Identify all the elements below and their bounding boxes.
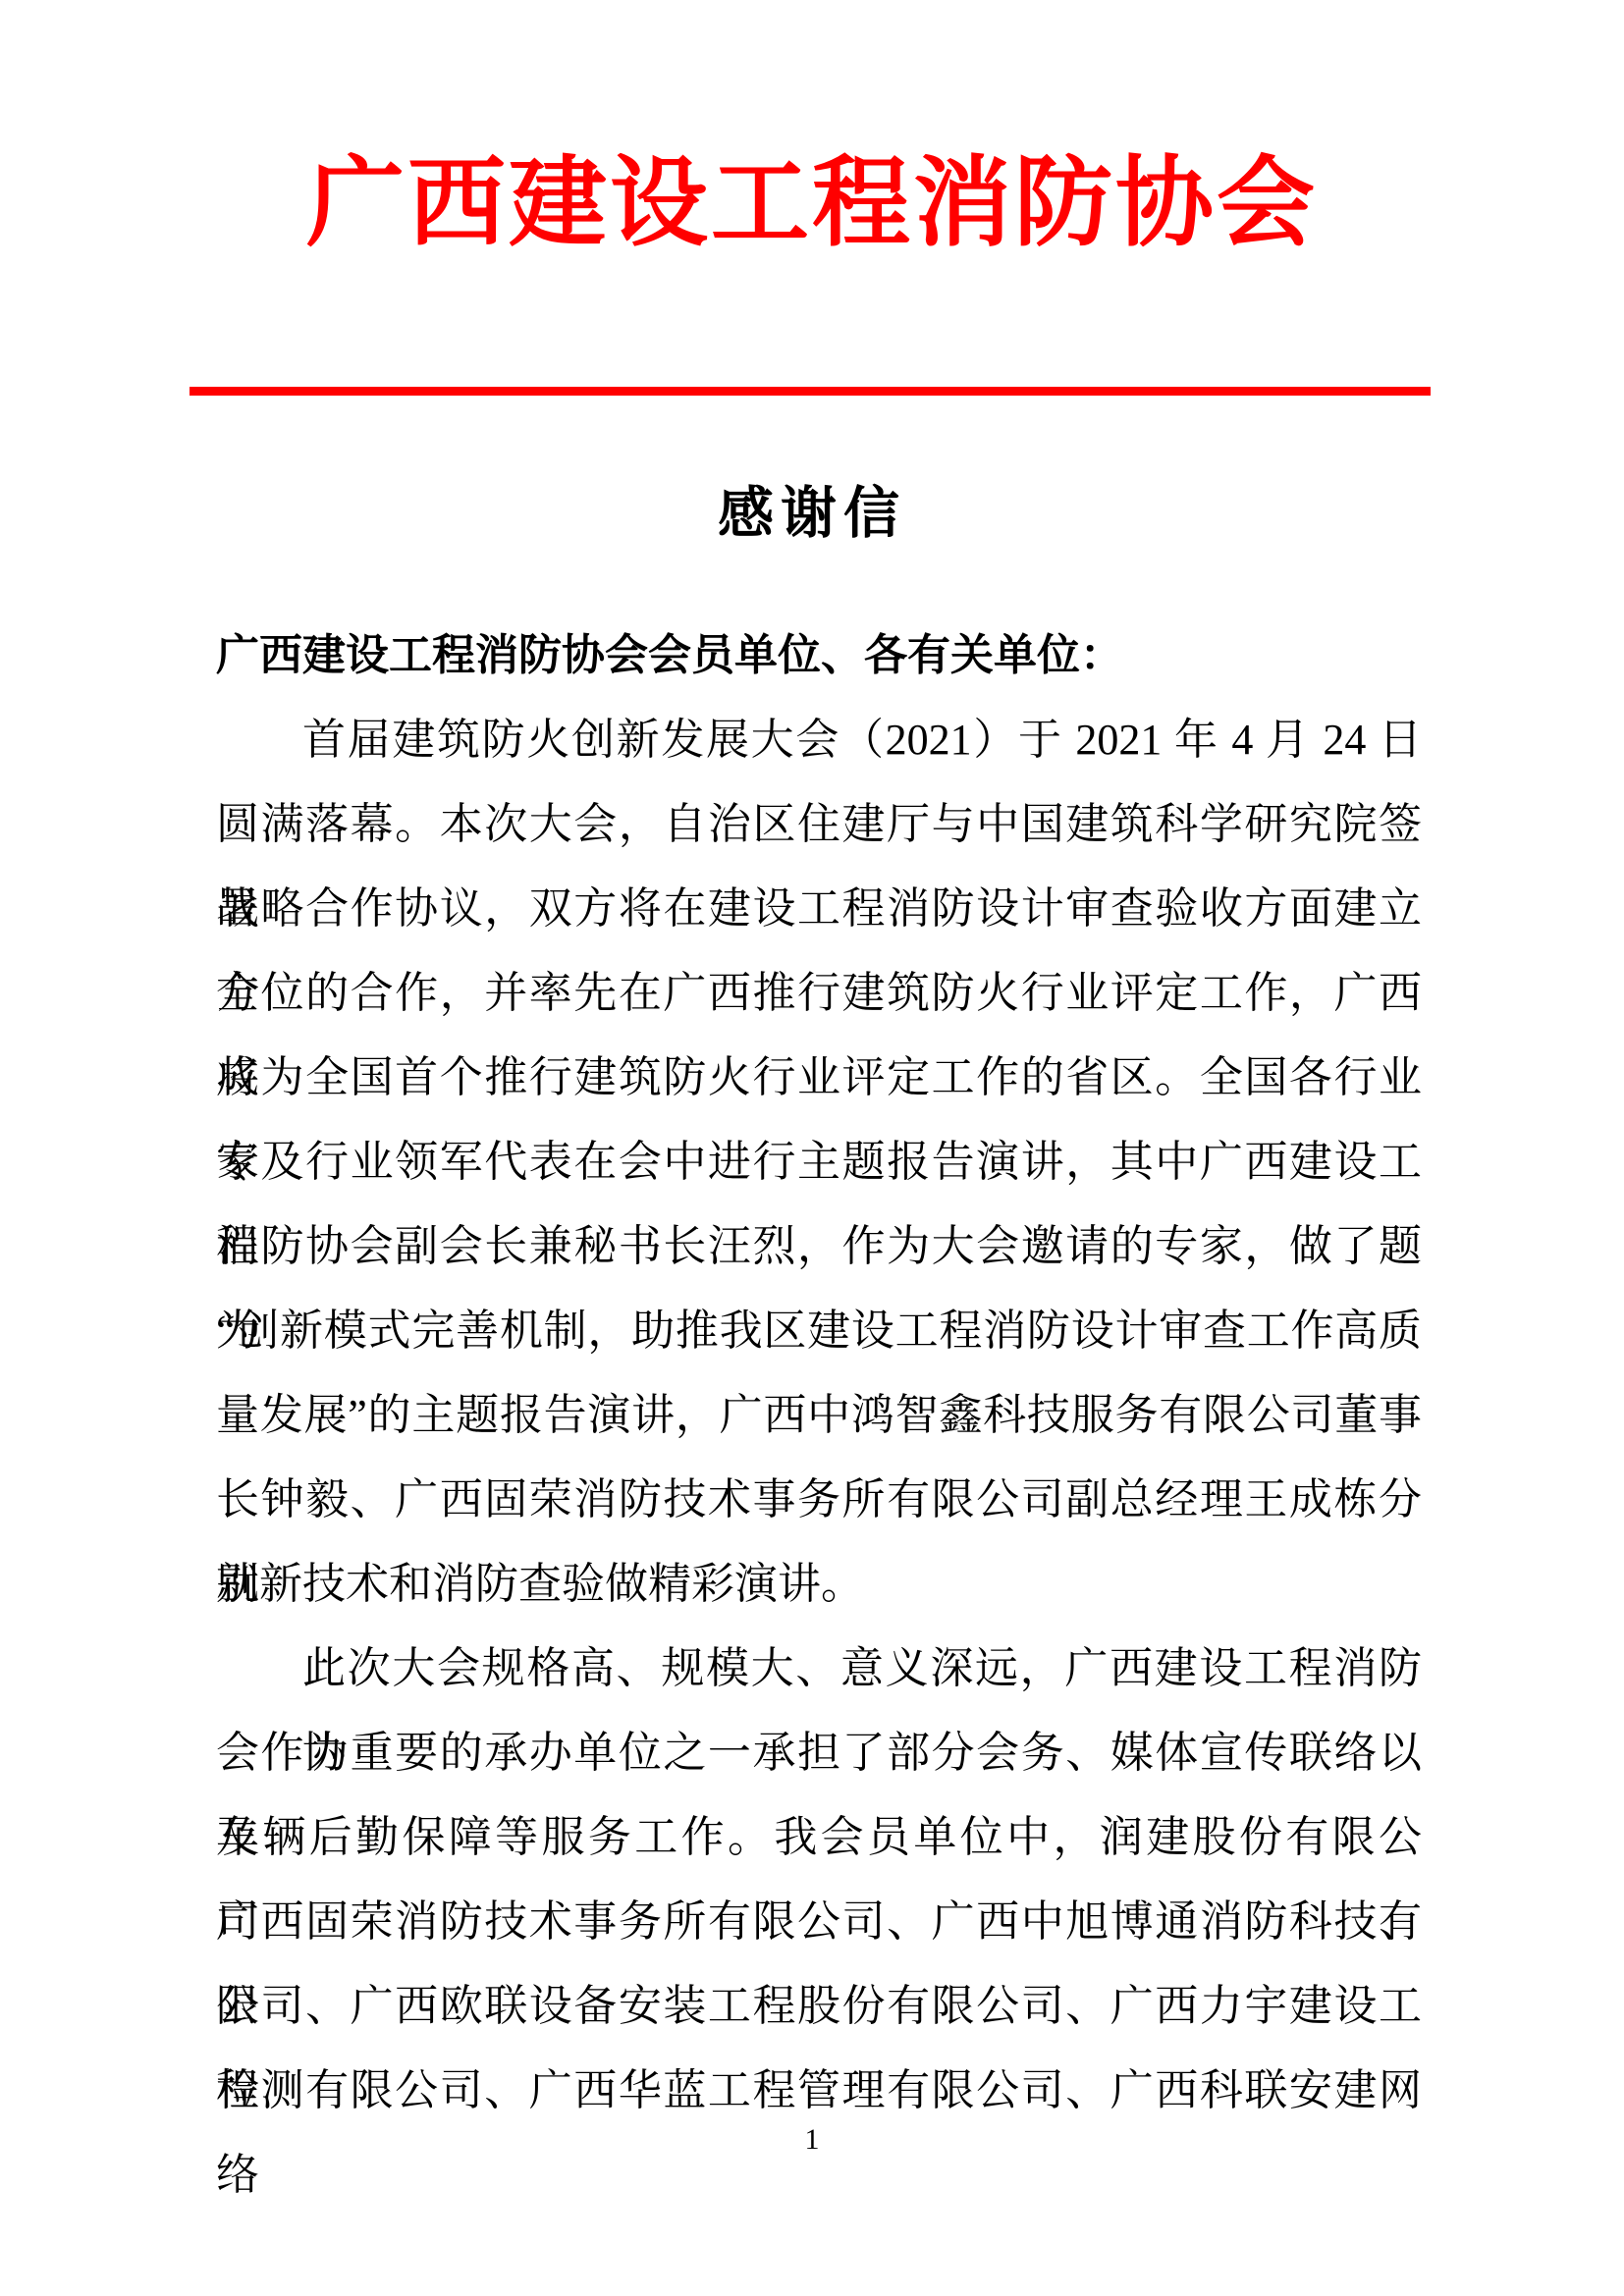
body-line: 成为全国首个推行建筑防火行业评定工作的省区。全国各行业专 [216,1036,1422,1120]
body-line: 量发展”的主题报告演讲，广西中鸿智鑫科技服务有限公司董事 [216,1373,1422,1458]
body-line: 战略合作协议，双方将在建设工程消防设计审查验收方面建立全 [216,867,1422,951]
body-line: 消防协会副会长兼秘书长汪烈，作为大会邀请的专家，做了题为 [216,1204,1422,1289]
header-divider-line [189,387,1431,396]
body-line: 圆满落幕。本次大会，自治区住建厅与中国建筑科学研究院签署 [216,782,1422,867]
page-number: 1 [0,2122,1624,2158]
body-line: 首届建筑防火创新发展大会（2021）于 2021 年 4 月 24 日 [216,698,1422,782]
org-title: 广西建设工程消防协会 [0,145,1624,263]
body-line: 公司、广西欧联设备安装工程股份有限公司、广西力宇建设工程 [216,1964,1422,2049]
body-line: 家及行业领军代表在会中进行主题报告演讲，其中广西建设工程 [216,1120,1422,1204]
body-line: 广西固荣消防技术事务所有限公司、广西中旭博通消防科技有限 [216,1880,1422,1964]
body-line: 就新技术和消防查验做精彩演讲。 [216,1542,1422,1627]
letter-body: 广西建设工程消防协会会员单位、各有关单位： 首届建筑防火创新发展大会（2021）… [216,614,1422,2133]
salutation-line: 广西建设工程消防协会会员单位、各有关单位： [216,614,1422,698]
body-line: “创新模式完善机制，助推我区建设工程消防设计审查工作高质 [216,1289,1422,1373]
body-line: 此次大会规格高、规模大、意义深远，广西建设工程消防协 [216,1627,1422,1711]
body-line: 方位的合作，并率先在广西推行建筑防火行业评定工作，广西将 [216,951,1422,1036]
letter-title: 感谢信 [0,478,1624,551]
body-line: 检测有限公司、广西华蓝工程管理有限公司、广西科联安建网络 [216,2049,1422,2133]
body-line: 长钟毅、广西固荣消防技术事务所有限公司副总经理王成栋分别 [216,1458,1422,1542]
document-page: 广西建设工程消防协会 感谢信 广西建设工程消防协会会员单位、各有关单位： 首届建… [0,0,1624,2296]
body-line: 会作为重要的承办单位之一承担了部分会务、媒体宣传联络以及 [216,1711,1422,1795]
body-line: 车辆后勤保障等服务工作。我会员单位中，润建股份有限公司、 [216,1795,1422,1880]
